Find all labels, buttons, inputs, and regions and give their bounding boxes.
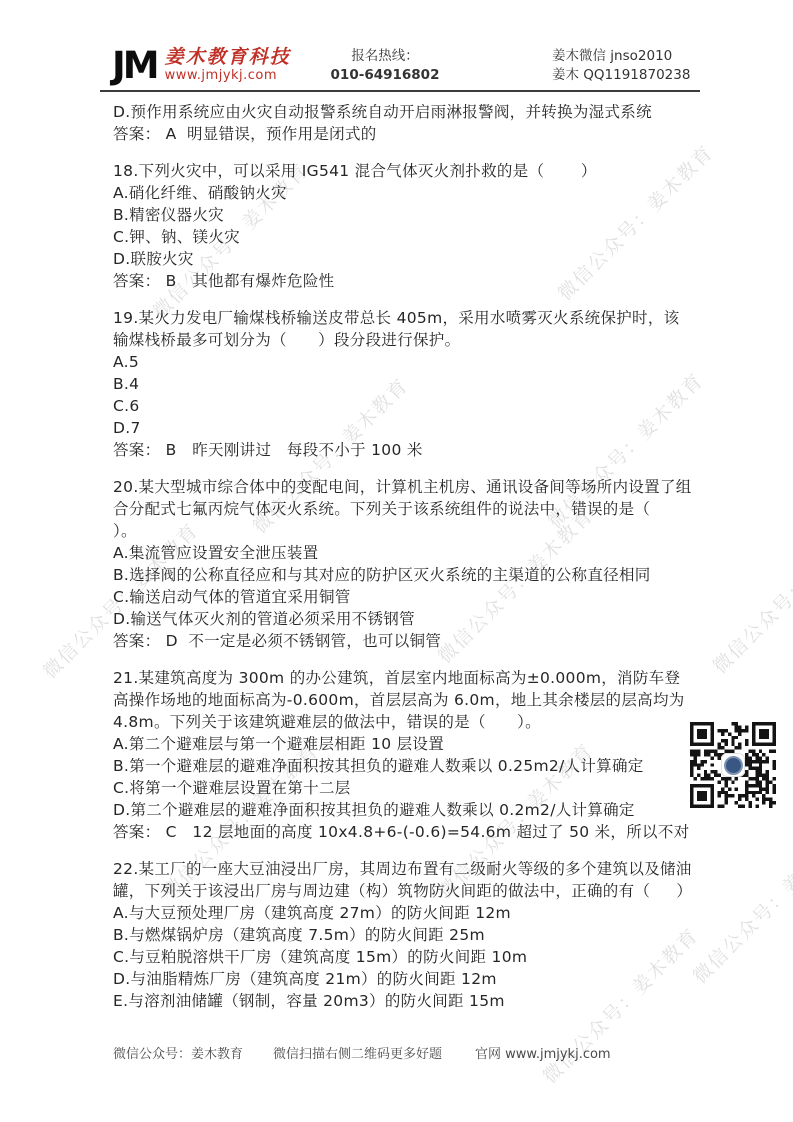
question-option: A.硝化纤维、硝酸钠火灾: [113, 182, 695, 204]
question-option: C.6: [113, 395, 695, 417]
question-option: A.第二个避难层与第一个避难层相距 10 层设置: [113, 733, 695, 755]
question-option: C.钾、钠、镁火灾: [113, 226, 695, 248]
question-stem: 18.下列火灾中，可以采用 IG541 混合气体灭火剂扑救的是（ ）: [113, 160, 695, 182]
watermark-text: 微信公众号：姜木教育: [706, 511, 793, 679]
question-option: D.第二个避难层的避难净面积按其担负的避难人数乘以 0.2m2/人计算确定: [113, 799, 695, 821]
page-header: JM 姜木教育科技 www.jmjykj.com 报名热线： 010-64916…: [0, 44, 793, 90]
carryover-line: 答案： A 明显错误，预作用是闭式的: [113, 123, 695, 145]
hotline-block: 报名热线： 010-64916802: [320, 47, 450, 85]
question-option: D.联胺火灾: [113, 248, 695, 270]
question-answer: 答案： D 不一定是必须不锈钢管，也可以铜管: [113, 630, 695, 652]
question-option: A.与大豆预处理厂房（建筑高度 27m）的防火间距 12m: [113, 902, 695, 924]
jm-logo-mark: JM: [112, 46, 157, 86]
document-page: 微信公众号：姜木教育微信公众号：姜木教育微信公众号：姜木教育微信公众号：姜木教育…: [0, 0, 793, 1122]
jm-badge-icon: [722, 754, 744, 776]
wechat-contact: 姜木微信 jnso2010: [552, 47, 690, 66]
footer-scan-hint: 微信扫描右侧二维码更多好题: [273, 1043, 442, 1062]
question-block: 22.某工厂的一座大豆油浸出厂房，其周边布置有二级耐火等级的多个建筑以及储油罐，…: [113, 858, 695, 1012]
question-answer: 答案： C 12 层地面的高度 10x4.8+6-(-0.6)=54.6m 超过…: [113, 821, 695, 843]
question-option: E.与溶剂油储罐（钢制，容量 20m3）的防火间距 15m: [113, 990, 695, 1012]
question-stem: 22.某工厂的一座大豆油浸出厂房，其周边布置有二级耐火等级的多个建筑以及储油罐，…: [113, 858, 695, 902]
question-option: B.4: [113, 373, 695, 395]
question-block: 20.某大型城市综合体中的变配电间，计算机主机房、通讯设备间等场所内设置了组合分…: [113, 476, 695, 652]
question-option: A.5: [113, 351, 695, 373]
question-option: C.与豆粕脱溶烘干厂房（建筑高度 15m）的防火间距 10m: [113, 946, 695, 968]
question-answer: 答案： B 昨天刚讲过 每段不小于 100 米: [113, 439, 695, 461]
question-option: D.与油脂精炼厂房（建筑高度 21m）的防火间距 12m: [113, 968, 695, 990]
qr-code: [690, 722, 776, 808]
jm-badge-circle: [724, 756, 743, 775]
header-divider: [100, 90, 700, 92]
carryover-block: D.预作用系统应由火灾自动报警系统自动开启雨淋报警阀，并转换为湿式系统答案： A…: [113, 101, 695, 145]
qq-contact: 姜木 QQ1191870238: [552, 66, 690, 85]
brand-name: 姜木教育科技: [165, 46, 291, 68]
jm-logo: JM 姜木教育科技 www.jmjykj.com: [112, 46, 291, 86]
brand-website: www.jmjykj.com: [165, 68, 291, 84]
question-answer: 答案： B 其他都有爆炸危险性: [113, 270, 695, 292]
question-option: D.7: [113, 417, 695, 439]
question-block: 18.下列火灾中，可以采用 IG541 混合气体灭火剂扑救的是（ ）A.硝化纤维…: [113, 160, 695, 292]
question-option: B.选择阀的公称直径应和与其对应的防护区灭火系统的主渠道的公称直径相同: [113, 564, 695, 586]
carryover-line: D.预作用系统应由火灾自动报警系统自动开启雨淋报警阀，并转换为湿式系统: [113, 101, 695, 123]
questions-area: D.预作用系统应由火灾自动报警系统自动开启雨淋报警阀，并转换为湿式系统答案： A…: [113, 101, 695, 1012]
hotline-label: 报名热线：: [320, 47, 450, 66]
question-stem: 19.某火力发电厂输煤栈桥输送皮带总长 405m，采用水喷雾灭火系统保护时，该输…: [113, 307, 695, 351]
question-option: D.输送气体灭火剂的管道必须采用不锈钢管: [113, 608, 695, 630]
footer-website: 官网 www.jmjykj.com: [475, 1043, 611, 1062]
page-footer: 微信公众号：姜木教育 微信扫描右侧二维码更多好题 官网 www.jmjykj.c…: [0, 1043, 793, 1061]
question-stem: 20.某大型城市综合体中的变配电间，计算机主机房、通讯设备间等场所内设置了组合分…: [113, 476, 695, 542]
question-option: A.集流管应设置安全泄压装置: [113, 542, 695, 564]
question-option: B.精密仪器火灾: [113, 204, 695, 226]
question-option: B.与燃煤锅炉房（建筑高度 7.5m）的防火间距 25m: [113, 924, 695, 946]
question-block: 19.某火力发电厂输煤栈桥输送皮带总长 405m，采用水喷雾灭火系统保护时，该输…: [113, 307, 695, 461]
watermark-text: 微信公众号：姜木教育: [686, 821, 793, 989]
contact-block: 姜木微信 jnso2010 姜木 QQ1191870238: [552, 47, 690, 85]
brand-block: 姜木教育科技 www.jmjykj.com: [165, 46, 291, 84]
question-option: C.输送启动气体的管道宜采用铜管: [113, 586, 695, 608]
question-list: 18.下列火灾中，可以采用 IG541 混合气体灭火剂扑救的是（ ）A.硝化纤维…: [113, 160, 695, 1012]
question-option: B.第一个避难层的避难净面积按其担负的避难人数乘以 0.25m2/人计算确定: [113, 755, 695, 777]
footer-wechat-account: 微信公众号：姜木教育: [113, 1043, 243, 1062]
hotline-number: 010-64916802: [320, 66, 450, 85]
question-option: C.将第一个避难层设置在第十二层: [113, 777, 695, 799]
question-block: 21.某建筑高度为 300m 的办公建筑，首层室内地面标高为±0.000m，消防…: [113, 667, 695, 843]
question-stem: 21.某建筑高度为 300m 的办公建筑，首层室内地面标高为±0.000m，消防…: [113, 667, 695, 733]
